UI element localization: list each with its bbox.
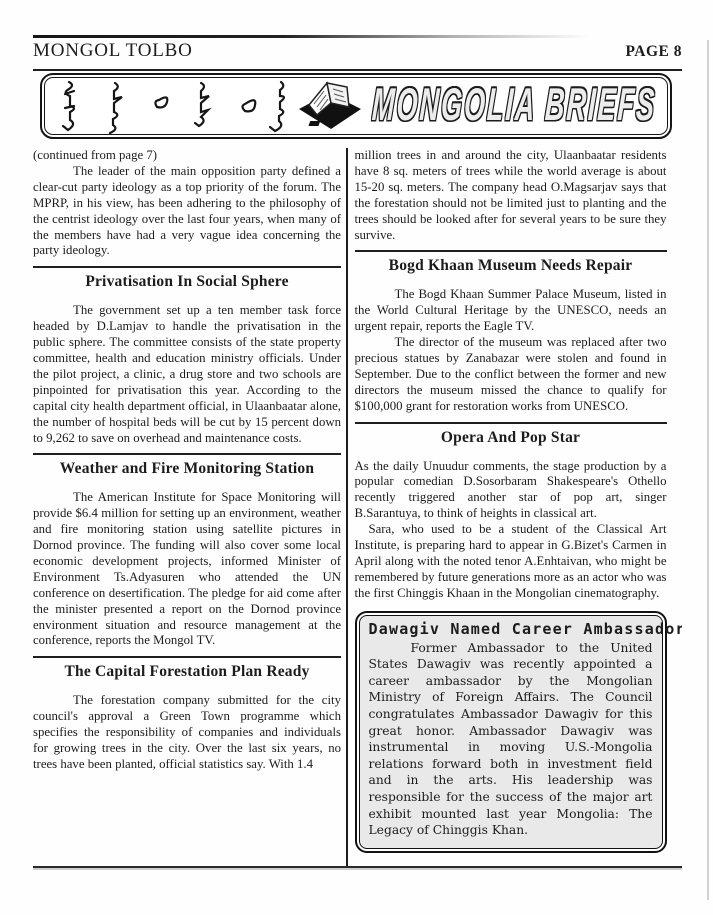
article-paragraph: The American Institute for Space Monitor… [33,490,341,649]
article-paragraph: The leader of the main opposition party … [33,164,341,259]
newspaper-icon [291,77,365,135]
boxed-article-inner: Dawagiv Named Career Ambassador Former A… [359,615,663,849]
footer-rule [33,866,682,868]
scan-bottom-edge [0,905,713,915]
mongolian-script-glyphs [55,78,285,134]
article-paragraph: The director of the museum was replaced … [355,335,667,415]
boxed-article-paragraph: Former Ambassador to the United States D… [369,640,653,839]
section-divider [355,422,667,424]
banner-inner-frame: MONGOLIA BRIEFS [44,77,668,135]
banner-title-wrap: MONGOLIA BRIEFS [371,91,657,122]
article-paragraph: The forestation company submitted for th… [33,693,341,773]
section-heading: Opera And Pop Star [355,430,667,446]
article-paragraph: million trees in and around the city, Ul… [355,148,667,243]
left-column: (continued from page 7) The leader of th… [33,148,341,866]
section-heading: Privatisation In Social Sphere [33,274,341,290]
mongolia-briefs-banner: MONGOLIA BRIEFS [40,73,672,139]
boxed-article: Dawagiv Named Career Ambassador Former A… [355,611,667,853]
section-heading: Bogd Khaan Museum Needs Repair [355,258,667,274]
section-heading: The Capital Forestation Plan Ready [33,664,341,680]
boxed-article-title: Dawagiv Named Career Ambassador [369,622,653,638]
continued-note: (continued from page 7) [33,148,341,164]
section-heading: Weather and Fire Monitoring Station [33,461,341,477]
mongolian-script-icon [55,78,285,134]
column-divider [346,148,348,866]
scan-artifact-line [33,35,589,38]
page-header: MONGOL TOLBO PAGE 8 [33,40,682,71]
article-paragraph: Sara, who used to be a student of the Cl… [355,522,667,602]
newsletter-page: MONGOL TOLBO PAGE 8 [0,0,713,915]
section-divider [355,250,667,252]
section-divider [33,656,341,658]
page-number: PAGE 8 [625,43,682,61]
article-paragraph: The Bogd Khaan Summer Palace Museum, lis… [355,287,667,335]
newsletter-title: MONGOL TOLBO [33,40,193,62]
right-column: million trees in and around the city, Ul… [355,148,667,866]
article-paragraph: The government set up a ten member task … [33,303,341,446]
section-divider [33,453,341,455]
scan-right-edge [707,40,709,900]
banner-title: MONGOLIA BRIEFS [371,79,658,132]
section-divider [33,266,341,268]
article-columns: (continued from page 7) The leader of th… [33,148,682,866]
article-paragraph: As the daily Unuudur comments, the stage… [355,459,667,523]
